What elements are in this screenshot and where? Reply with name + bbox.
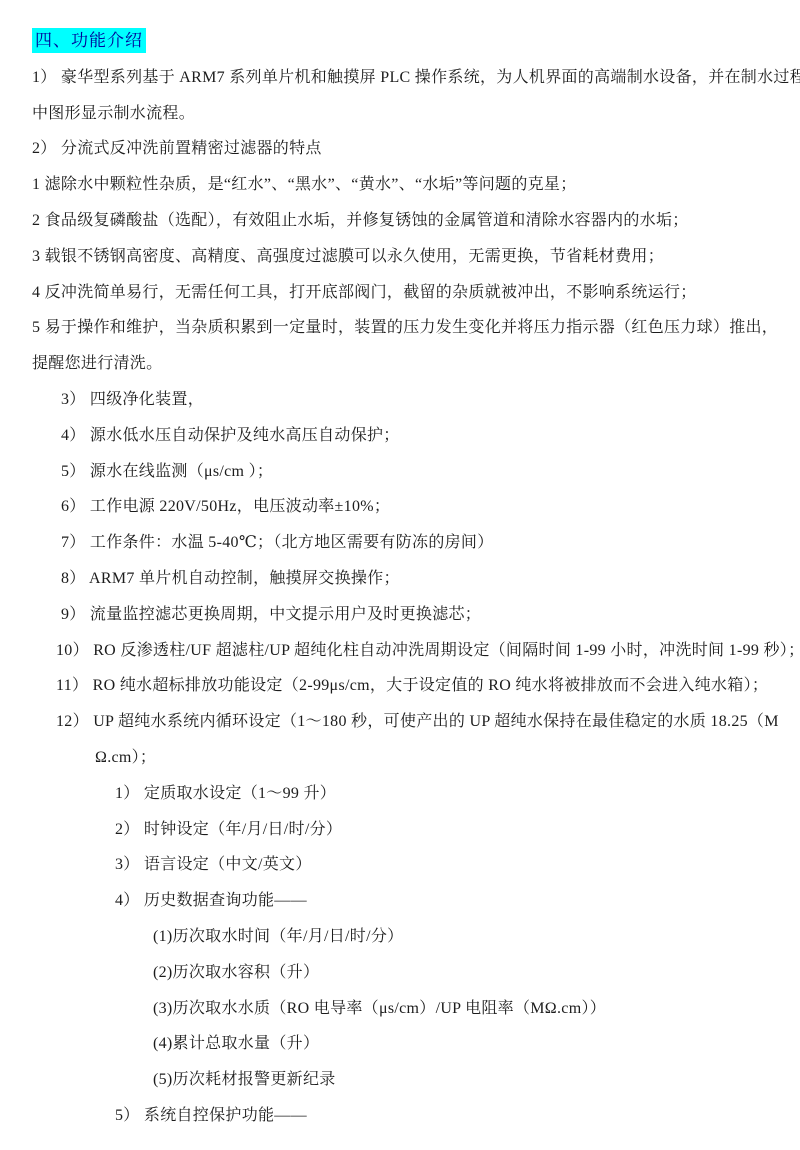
text-line: 4） 源水低水压自动保护及纯水高压自动保护；	[61, 418, 780, 454]
text-line: 提醒您进行清洗。	[32, 346, 780, 382]
document-page: 四、功能介绍 1） 豪华型系列基于 ARM7 系列单片机和触摸屏 PLC 操作系…	[0, 0, 800, 1150]
section-heading: 四、功能介绍	[32, 28, 146, 53]
text-line: 4 反冲洗简单易行，无需任何工具，打开底部阀门，截留的杂质就被冲出，不影响系统运…	[32, 275, 780, 311]
text-line: 3） 语言设定（中文/英文）	[115, 847, 780, 883]
text-line: 中图形显示制水流程。	[32, 96, 780, 132]
text-line: 4） 历史数据查询功能——	[115, 883, 780, 919]
text-line: 1） 豪华型系列基于 ARM7 系列单片机和触摸屏 PLC 操作系统，为人机界面…	[32, 60, 780, 96]
text-line: 3 载银不锈钢高密度、高精度、高强度过滤膜可以永久使用，无需更换，节省耗材费用；	[32, 239, 780, 275]
text-line: 9） 流量监控滤芯更换周期，中文提示用户及时更换滤芯；	[61, 597, 780, 633]
text-line: 5） 系统自控保护功能——	[115, 1098, 780, 1134]
text-line: (5)历次耗材报警更新纪录	[153, 1062, 780, 1098]
text-line: 2） 时钟设定（年/月/日/时/分）	[115, 812, 780, 848]
text-line: 12） UP 超纯水系统内循环设定（1～180 秒，可使产出的 UP 超纯水保持…	[56, 704, 780, 740]
text-line: 5 易于操作和维护，当杂质积累到一定量时，装置的压力发生变化并将压力指示器（红色…	[32, 310, 780, 346]
text-line: 3） 四级净化装置，	[61, 382, 780, 418]
text-line: 8） ARM7 单片机自动控制，触摸屏交换操作；	[61, 561, 780, 597]
text-line: 10） RO 反渗透柱/UF 超滤柱/UP 超纯化柱自动冲洗周期设定（间隔时间 …	[56, 633, 780, 669]
text-line: 1 滤除水中颗粒性杂质，是“红水”、“黑水”、“黄水”、“水垢”等问题的克星；	[32, 167, 780, 203]
document-body: 四、功能介绍 1） 豪华型系列基于 ARM7 系列单片机和触摸屏 PLC 操作系…	[0, 0, 800, 1134]
text-line: (3)历次取水水质（RO 电导率（μs/cm）/UP 电阻率（MΩ.cm））	[153, 991, 780, 1027]
text-line: (1)历次取水时间（年/月/日/时/分）	[153, 919, 780, 955]
section-heading-line: 四、功能介绍	[32, 24, 780, 60]
text-line: 5） 源水在线监测（μs/cm ）；	[61, 454, 780, 490]
text-line: 6） 工作电源 220V/50Hz，电压波动率±10%；	[61, 489, 780, 525]
text-line: 11） RO 纯水超标排放功能设定（2-99μs/cm，大于设定值的 RO 纯水…	[56, 668, 780, 704]
text-line: 2 食品级复磷酸盐（选配），有效阻止水垢，并修复锈蚀的金属管道和清除水容器内的水…	[32, 203, 780, 239]
text-line: 1） 定质取水设定（1～99 升）	[115, 776, 780, 812]
text-line: (4)累计总取水量（升）	[153, 1026, 780, 1062]
text-line: 7） 工作条件：水温 5-40℃；（北方地区需要有防冻的房间）	[61, 525, 780, 561]
text-line: Ω.cm）；	[95, 740, 780, 776]
text-line: (2)历次取水容积（升）	[153, 955, 780, 991]
text-line: 2） 分流式反冲洗前置精密过滤器的特点	[32, 131, 780, 167]
